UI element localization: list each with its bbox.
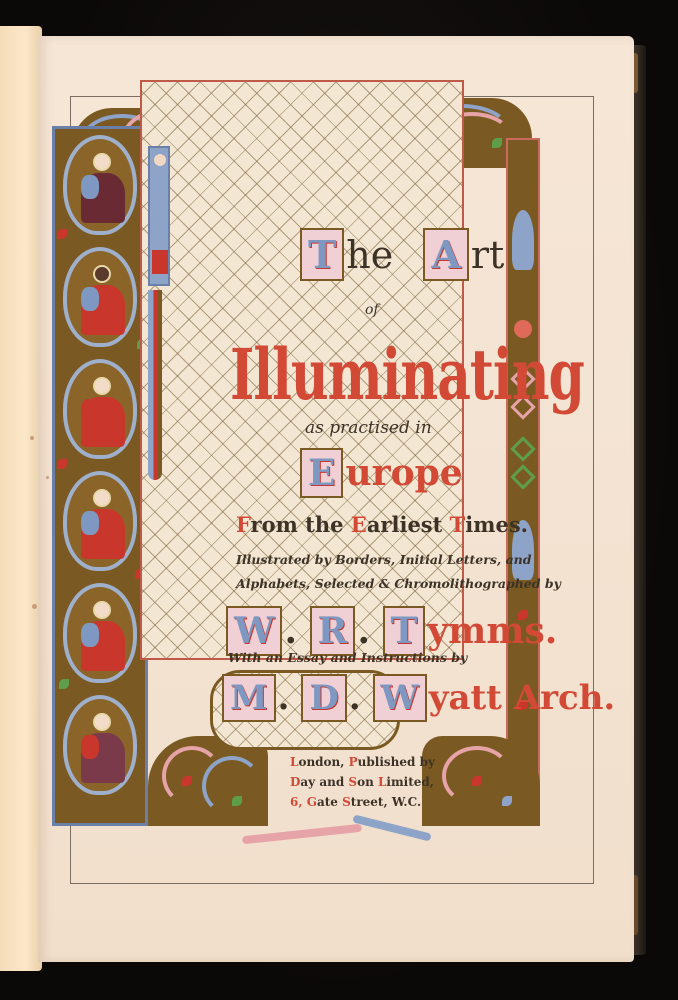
imprint-line-3: 6, Gate Street, W.C.: [290, 795, 421, 809]
imprint-line-2: Day and Son Limited,: [290, 775, 434, 789]
subtitle-europe: Europe: [300, 448, 463, 498]
medallion-figure-book: [63, 471, 137, 571]
description-line-2: Alphabets, Selected & Chromolithographed…: [236, 576, 561, 591]
description-line-1: Illustrated by Borders, Initial Letters,…: [236, 552, 532, 567]
foxing-spot: [30, 436, 34, 440]
initial-I-stem: [148, 290, 162, 480]
facing-page: [0, 26, 42, 971]
medallion-figure-red-robe: [63, 247, 137, 347]
title-of: of: [365, 302, 379, 318]
dragon-motif: [512, 210, 534, 270]
essay-line: With an Essay and Instructions by: [228, 650, 467, 665]
medallion-figure-bells: [63, 583, 137, 683]
foxing-spot: [46, 476, 49, 479]
medallion-figure-viol: [63, 359, 137, 459]
author-wr-tymms: W. R. Tymms.: [226, 606, 557, 656]
foxing-spot: [32, 604, 37, 609]
imprint-line-1: London, Published by: [290, 755, 435, 769]
subtitle-earliest-times: From the Earliest Times.: [236, 512, 528, 537]
medallion-figure-orb: [63, 135, 137, 235]
title-illuminating: Illuminating: [230, 334, 584, 416]
subtitle-as-practised: as practised in: [305, 418, 432, 438]
title-the-art: The Art: [300, 228, 504, 281]
author-md-wyatt: M. D. Wyatt Arch.: [222, 674, 615, 722]
standing-saint-figure: [148, 146, 170, 286]
